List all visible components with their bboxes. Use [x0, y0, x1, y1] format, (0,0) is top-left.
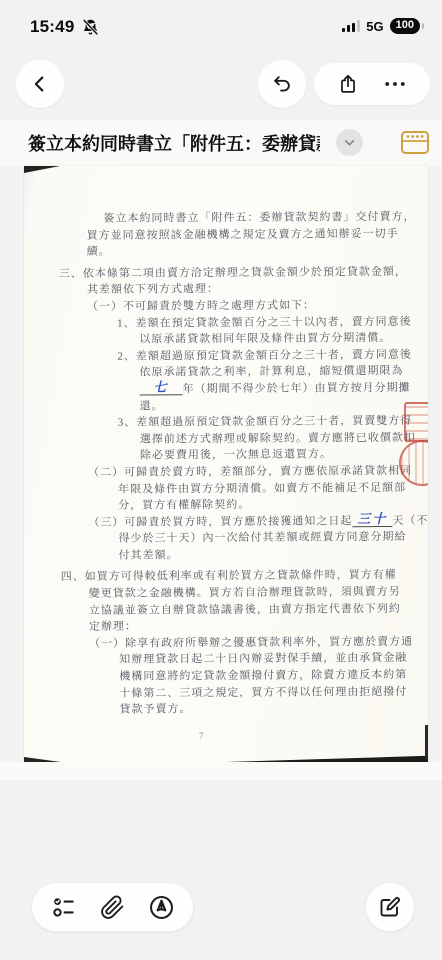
document-line: 得少於三十天）內一次給付其差額或經賣方同意分期給 — [118, 529, 428, 547]
document-line: 付其差額。 — [119, 546, 428, 564]
document-line: 簽立本約同時書立「附件五：委辦貸款契約書」交付賣方， — [103, 209, 426, 228]
document-line: 選擇前述方式辦理或解除契約。賣方應將已收價款扣 — [140, 429, 428, 447]
nav-actions-pill — [314, 63, 430, 105]
notes-app-screen: 15:49 5G 100 — [0, 0, 442, 960]
share-icon — [337, 73, 359, 95]
document-line: 依原承諾貸款之利率，計算利息，縮短償還期限為 — [139, 363, 427, 381]
document-line: 以原承諾貸款相同年限及條件由買方分期清償。 — [139, 330, 427, 348]
markup-button[interactable] — [144, 890, 178, 924]
document-line: （一）除享有政府所舉辦之優惠貸款利率外，買方應於賣方通 — [89, 634, 428, 653]
new-note-button[interactable] — [366, 883, 414, 931]
document-line: 七年（期間不得少於七年）由買方按月分期攤 — [139, 380, 427, 398]
handwritten-value: 七 — [140, 382, 183, 395]
note-toolbar — [32, 883, 193, 931]
printed-text: 1、差額在預定貸款金額百分之三十以內者，賣方同意後 — [117, 315, 412, 329]
back-button[interactable] — [16, 60, 64, 108]
document-line: 除必要費用後，一次無息返還買方。 — [140, 446, 428, 464]
document-line: （二）可歸責於賣方時，差額部分，賣方應依原承諾貸款相同 — [88, 463, 428, 482]
collapse-section-button[interactable] — [336, 129, 363, 156]
attach-button[interactable] — [96, 890, 130, 924]
printed-text: 買方並同意按照該金融機構之規定及賣方之通知辦妥一切手 — [87, 228, 399, 242]
printed-text: 十條第二、三項之規定，買方不得以任何理由拒絕撥付 — [119, 686, 407, 700]
undo-arrow-icon — [271, 73, 293, 95]
printed-text: 3、差額超過原預定貸款金額百分之三十者，買賣雙方得 — [118, 415, 413, 429]
document-line: 貸款予賣方。 — [119, 700, 428, 718]
document-line: 2、差額超過原預定貸款金額百分之三十者，賣方同意後 — [117, 347, 427, 365]
document-line: 變更貸款之金融機構。買方若自洽辦理貸款時，須與賣方另 — [89, 584, 428, 603]
red-seal-stamp-square — [404, 402, 428, 442]
document-line: 定辦理： — [89, 617, 428, 636]
paperclip-icon — [100, 895, 125, 920]
printed-text: 年限及條件由買方分期清償。如賣方不能補足不足額部 — [118, 481, 406, 495]
network-type-label: 5G — [366, 19, 383, 34]
note-title-bar: 簽立本約同時書立「附件五：委辦貸款契約... — [0, 120, 442, 166]
more-options-button[interactable] — [383, 73, 407, 95]
printed-text: 貸款予賣方。 — [119, 703, 191, 715]
chevron-down-icon — [343, 136, 356, 149]
printed-text: 選擇前述方式辦理或解除契約。賣方應將已收價款扣 — [140, 432, 416, 446]
document-line: （三）可歸責於買方時，買方應於接獲通知之日起三十天（不 — [88, 512, 428, 531]
keyboard-icon — [400, 129, 430, 156]
scanned-document-attachment[interactable]: 簽立本約同時書立「附件五：委辦貸款契約書」交付賣方，買方並同意按照該金融機構之規… — [24, 166, 428, 763]
printed-text: 知辦理貸款日起二十日內辦妥對保手續，並由承貸金融 — [119, 652, 407, 666]
document-line: 其差額依下列方式處理： — [87, 280, 427, 299]
status-bar: 15:49 5G 100 — [0, 0, 442, 54]
printed-text: 續。 — [87, 246, 111, 258]
document-line: 十條第二、三項之規定，買方不得以任何理由拒絕撥付 — [119, 683, 428, 701]
printed-text: 還。 — [140, 400, 164, 412]
mute-bell-icon — [82, 19, 99, 36]
document-line: （一）不可歸責於雙方時之處理方式如下： — [87, 297, 427, 316]
navigation-bar — [0, 60, 442, 108]
note-title: 簽立本約同時書立「附件五：委辦貸款契約... — [28, 130, 320, 156]
undo-button[interactable] — [258, 60, 306, 108]
printed-text: 定辦理： — [89, 621, 137, 633]
keyboard-toggle-button[interactable] — [399, 127, 431, 157]
document-line: 3、差額超過原預定貸款金額百分之三十者，買賣雙方得 — [118, 413, 428, 431]
printed-text: 分，買方有權解除契約。 — [118, 499, 250, 512]
scan-edge-shadow — [24, 166, 60, 173]
printed-text: （一）除享有政府所舉辦之優惠貸款利率外，買方應於賣方通 — [89, 636, 413, 650]
printed-text: 以原承諾貸款相同年限及條件由買方分期清償。 — [139, 332, 391, 346]
battery-indicator: 100 — [390, 18, 420, 34]
document-line: 立協議並簽立自辦貸款協議書後，由賣方指定代書依下列約 — [89, 600, 428, 619]
printed-text: 變更貸款之金融機構。買方若自洽辦理貸款時，須與賣方另 — [89, 586, 401, 600]
printed-text: 除必要費用後，一次無息返還買方。 — [140, 449, 332, 462]
scan-edge-shadow — [425, 725, 428, 759]
printed-text: 2、差額超過原預定貸款金額百分之三十者，賣方同意後 — [117, 349, 412, 363]
note-background-band — [0, 762, 442, 780]
printed-text: 機構同意將約定貸款金額撥付賣方，除賣方違反本約第 — [119, 669, 407, 683]
document-line: 買方並同意按照該金融機構之規定及賣方之通知辦妥一切手 — [87, 225, 427, 244]
document-line: 續。 — [87, 242, 427, 261]
document-line: 知辦理貸款日起二十日內辦妥對保手續，並由承貸金融 — [119, 650, 428, 668]
printed-text: 四、如買方可得較低利率或有利於買方之貸款條件時，買方有權 — [61, 569, 397, 583]
checklist-button[interactable] — [47, 890, 81, 924]
share-button[interactable] — [337, 73, 359, 95]
document-line: 機構同意將約定貸款金額撥付賣方，除賣方違反本約第 — [119, 667, 428, 685]
clock: 15:49 — [30, 17, 74, 37]
printed-text: 天（不 — [392, 514, 428, 526]
checklist-icon — [51, 894, 77, 920]
document-line: 1、差額在預定貸款金額百分之三十以內者，賣方同意後 — [117, 313, 427, 331]
ellipsis-icon — [383, 73, 407, 95]
printed-text: 三、依本條第二項由賣方洽定辦理之貸款金額少於預定貸款金額， — [59, 266, 407, 280]
compose-icon — [378, 895, 402, 919]
printed-text: 依原承諾貸款之利率，計算利息，縮短償還期限為 — [139, 365, 403, 379]
page-number: 7 — [199, 731, 204, 741]
signal-strength-icon — [342, 20, 360, 32]
document-text-block: 簽立本約同時書立「附件五：委辦貸款契約書」交付賣方，買方並同意按照該金融機構之規… — [24, 209, 428, 719]
printed-text: （一）不可歸責於雙方時之處理方式如下： — [87, 299, 315, 312]
document-line: 三、依本條第二項由賣方洽定辦理之貸款金額少於預定貸款金額， — [59, 264, 427, 283]
printed-text: 簽立本約同時書立「附件五：委辦貸款契約書」交付賣方， — [103, 211, 415, 225]
printed-text: 年（期間不得少於七年）由買方按月分期攤 — [183, 382, 411, 395]
printed-text: （三）可歸責於買方時，買方應於接獲通知之日起 — [88, 515, 352, 529]
printed-text: 其差額依下列方式處理： — [87, 283, 219, 296]
printed-text: 付其差額。 — [119, 549, 179, 561]
printed-text: 立協議並簽立自辦貸款協議書後，由賣方指定代書依下列約 — [89, 603, 401, 617]
document-line: 年限及條件由買方分期清償。如賣方不能補足不足額部 — [118, 479, 428, 497]
handwritten-value: 三十 — [352, 514, 392, 527]
printed-text: 得少於三十天）內一次給付其差額或經賣方同意分期給 — [118, 531, 406, 545]
chevron-left-icon — [29, 73, 51, 95]
document-line: 還。 — [140, 396, 428, 414]
markup-pen-icon — [148, 894, 175, 921]
printed-text: （二）可歸責於賣方時，差額部分，賣方應依原承諾貸款相同 — [88, 465, 412, 479]
